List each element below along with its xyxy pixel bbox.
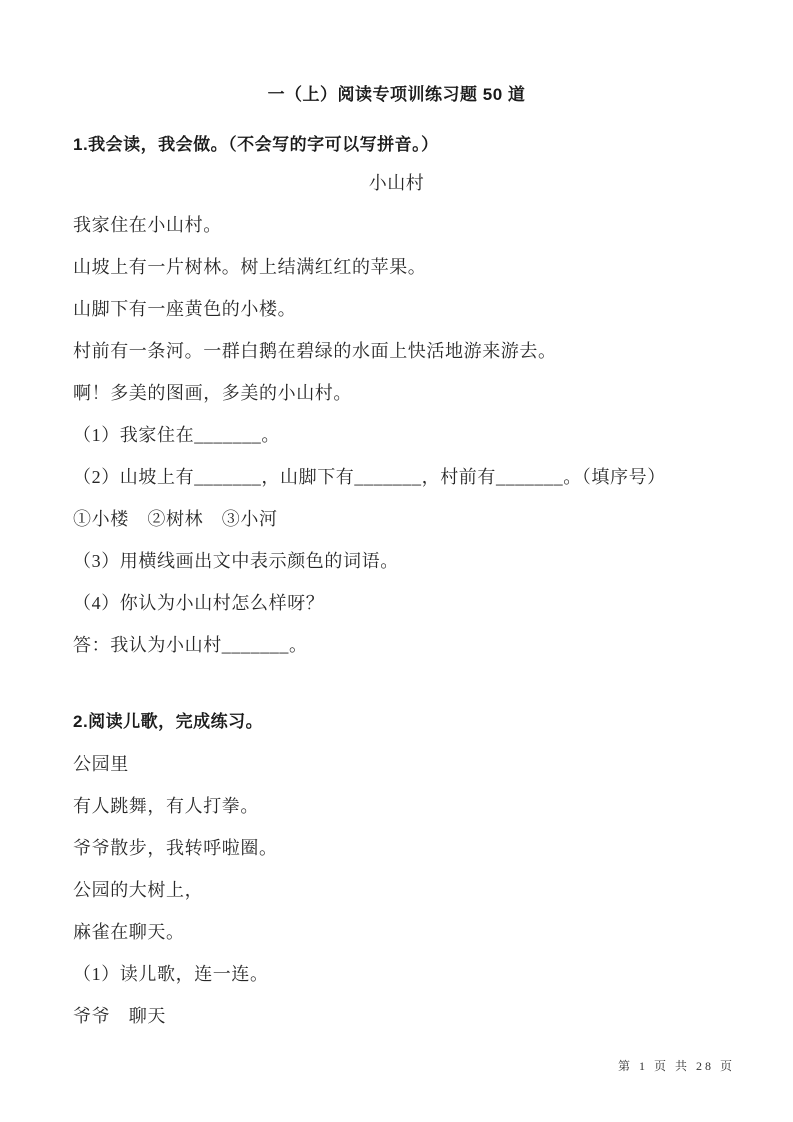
worksheet-page: 一（上）阅读专项训练习题 50 道 1.我会读，我会做。（不会写的字可以写拼音。… xyxy=(0,0,793,1122)
question-line: （1）我家住在_______。 xyxy=(73,424,720,446)
text-line: 村前有一条河。一群白鹅在碧绿的水面上快活地游来游去。 xyxy=(73,340,720,362)
text-line: 公园里 xyxy=(73,753,720,775)
matching-line: 爷爷 聊天 xyxy=(73,1005,720,1027)
page-footer: 第 1 页 共 28 页 xyxy=(618,1057,735,1074)
passage-title: 小山村 xyxy=(73,172,720,194)
text-line: 有人跳舞，有人打拳。 xyxy=(73,795,720,817)
section-2-heading: 2.阅读儿歌，完成练习。 xyxy=(73,711,720,733)
text-line: 麻雀在聊天。 xyxy=(73,921,720,943)
text-line: 山坡上有一片树林。树上结满红红的苹果。 xyxy=(73,256,720,278)
options-line: ①小楼 ②树林 ③小河 xyxy=(73,508,720,530)
section-1-heading: 1.我会读，我会做。（不会写的字可以写拼音。） xyxy=(73,134,720,156)
page-content: 一（上）阅读专项训练习题 50 道 1.我会读，我会做。（不会写的字可以写拼音。… xyxy=(0,0,793,1027)
text-line: 公园的大树上， xyxy=(73,879,720,901)
document-title: 一（上）阅读专项训练习题 50 道 xyxy=(73,84,720,106)
question-line: （1）读儿歌，连一连。 xyxy=(73,963,720,985)
text-line: 爷爷散步，我转呼啦圈。 xyxy=(73,837,720,859)
answer-line: 答：我认为小山村_______。 xyxy=(73,634,720,656)
question-line: （3）用横线画出文中表示颜色的词语。 xyxy=(73,550,720,572)
text-line: 山脚下有一座黄色的小楼。 xyxy=(73,298,720,320)
question-line: （4）你认为小山村怎么样呀？ xyxy=(73,592,720,614)
question-line: （2）山坡上有_______，山脚下有_______，村前有_______。（填… xyxy=(73,466,720,488)
text-line: 啊！多美的图画，多美的小山村。 xyxy=(73,382,720,404)
text-line: 我家住在小山村。 xyxy=(73,214,720,236)
